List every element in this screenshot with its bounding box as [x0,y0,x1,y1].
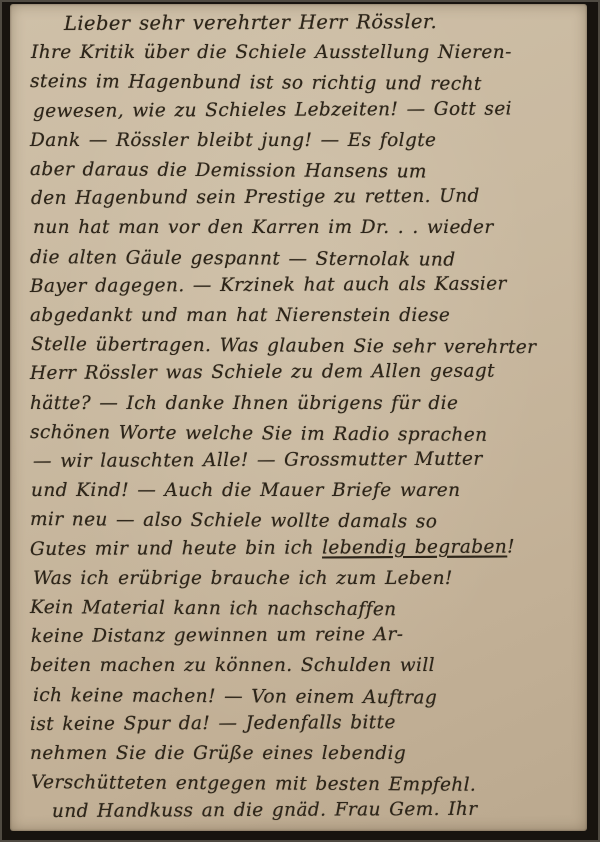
handwritten-line: Herr Rössler was Schiele zu dem Allen ge… [30,357,577,389]
handwritten-line: Dank — Rössler bleibt jung! — Es folgte [30,126,577,155]
handwritten-line: und Handkuss an die gnäd. Frau Gem. Ihr [52,795,577,827]
handwritten-line: Ihre Kritik über die Schiele Ausstellung… [31,38,577,67]
handwritten-line: Lieber sehr verehrter Herr Rössler. [64,6,577,38]
handwritten-line: Was ich erübrige brauche ich zum Leben! [33,564,577,593]
handwritten-line: und Kind! — Auch die Mauer Briefe waren [31,476,577,505]
handwritten-line: — wir lauschten Alle! — Grossmutter Mutt… [33,444,577,476]
letter-photograph: { "artifact": { "kind": "handwritten-let… [0,0,600,842]
handwritten-line: nehmen Sie die Grüße eines lebendig [30,739,577,768]
letter-text: Lieber sehr verehrter Herr Rössler.Ihre … [30,9,577,827]
handwritten-line: gewesen, wie zu Schieles Lebzeiten! — Go… [33,94,577,126]
handwritten-line: den Hagenbund sein Prestige zu retten. U… [31,181,577,213]
handwritten-line: hätte? — Ich danke Ihnen übrigens für di… [30,389,577,418]
handwritten-line: ist keine Spur da! — Jedenfalls bitte [30,707,577,739]
handwritten-line: abgedankt und man hat Nierenstein diese [30,301,577,330]
letter-paper: Lieber sehr verehrter Herr Rössler.Ihre … [10,4,587,831]
handwritten-line: Gutes mir und heute bin ich lebendig beg… [30,532,577,564]
handwritten-line: keine Distanz gewinnen um reine Ar- [31,619,577,651]
handwritten-line: nun hat man vor den Karren im Dr. . . wi… [33,213,577,242]
handwritten-line: Bayer dagegen. — Krzinek hat auch als Ka… [30,269,577,301]
handwritten-line: beiten machen zu können. Schulden will [30,651,577,680]
underlined-phrase: lebendig begraben [322,536,507,558]
